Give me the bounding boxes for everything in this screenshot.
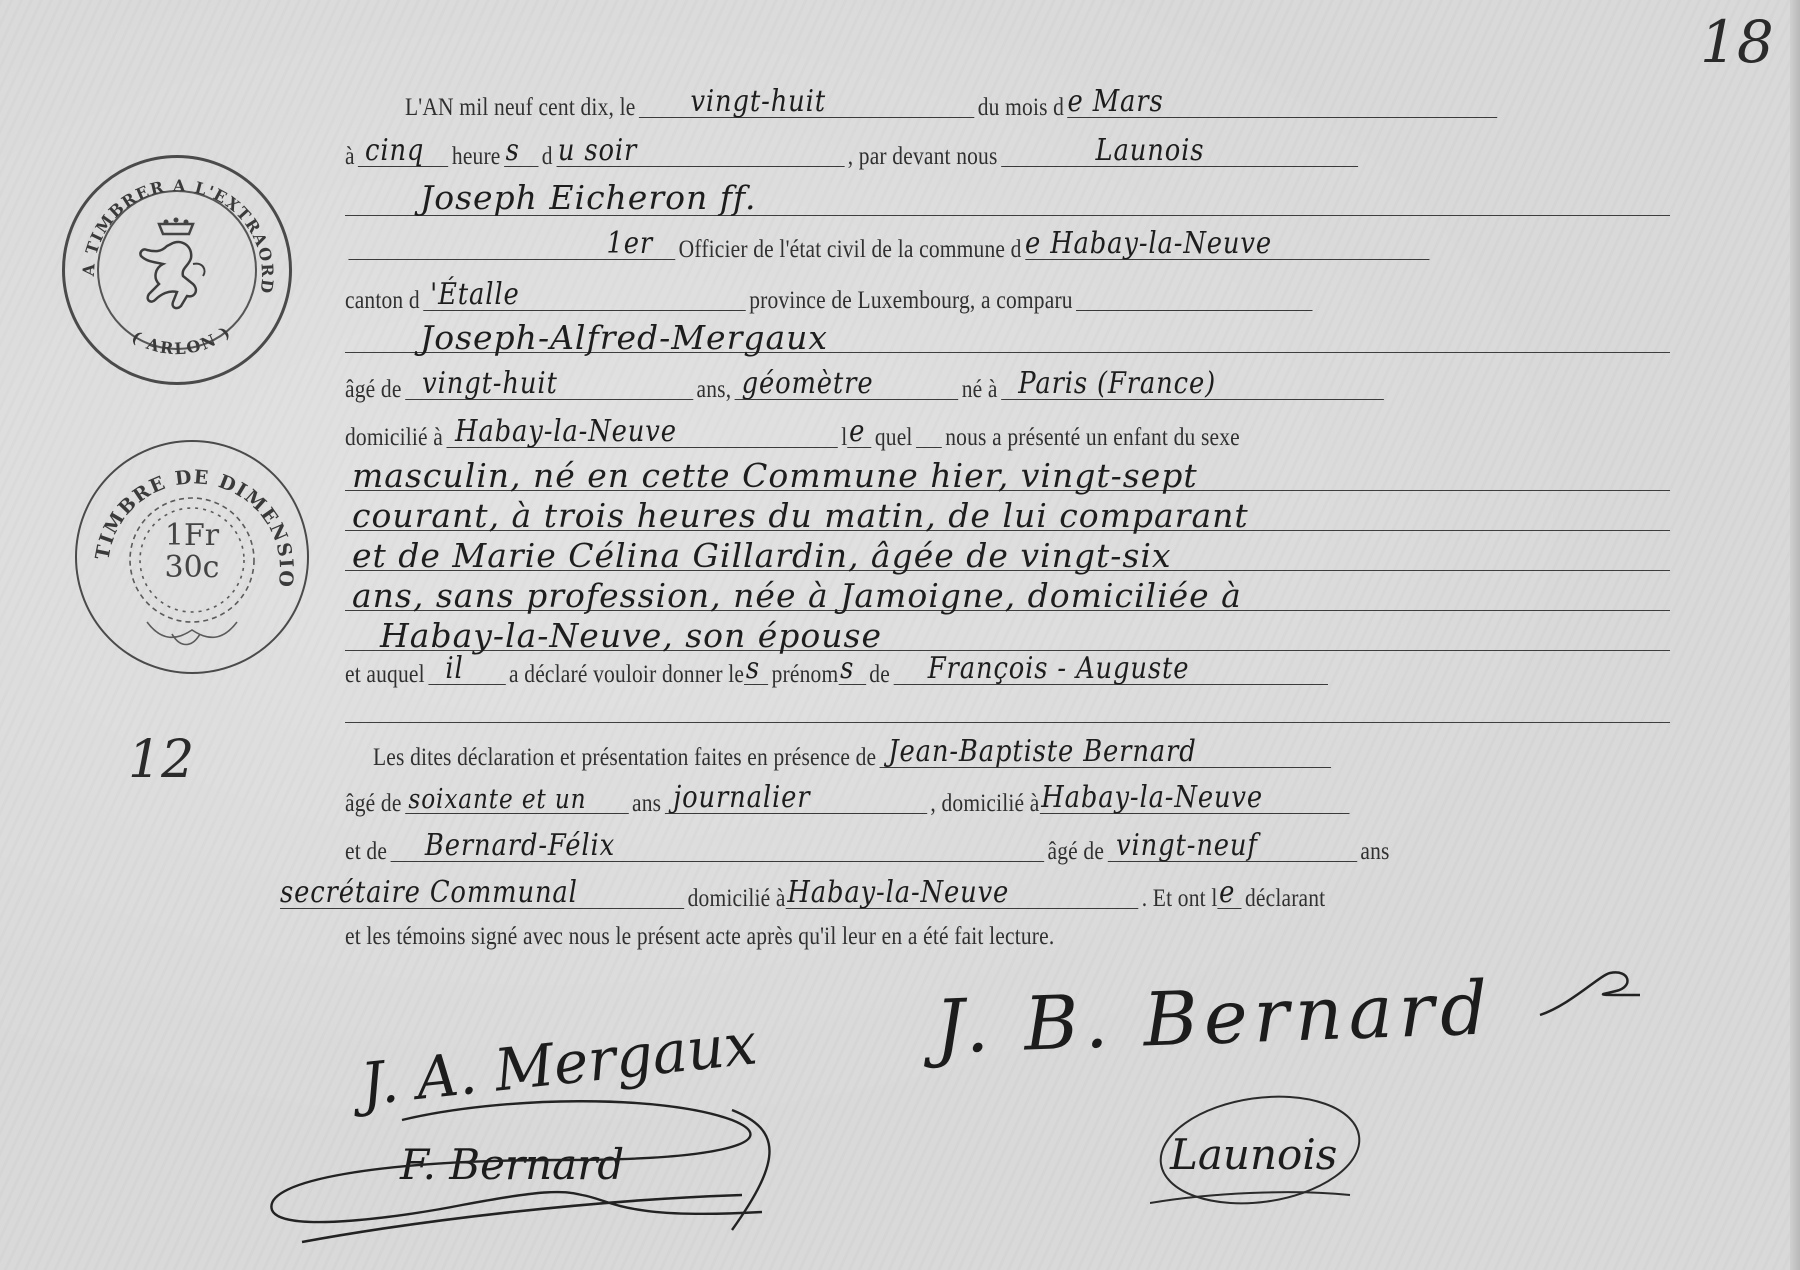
line-14: et auquel il a déclaré vouloir donner le… [345,655,1331,689]
line-1: L'AN mil neuf cent dix, le vingt-huit du… [405,88,1501,122]
field-witness-2-age: vingt-neuf [1108,833,1357,862]
officer-signature-loop [1150,1085,1370,1215]
mother-details-line-1: et de Marie Célina Gillardin, âgée de vi… [352,536,1172,575]
field-witness-1-domicile: Habay-la-Neuve [1040,785,1350,814]
field-declarant-name: Joseph-Alfred-Mergaux [420,318,828,357]
field-officer-continued: Joseph Eicheron ff. [420,178,756,217]
birth-details-line-2: courant, à trois heures du matin, de lui… [352,496,1249,535]
field-witness-2-domicile: Habay-la-Neuve [786,880,1139,909]
stamp-timbre-extraordinaire: A TIMBRER A L'EXTRAORDINAIRE ( ARLON ) [62,155,292,385]
mother-details-line-3: Habay-la-Neuve, son épouse [380,616,882,655]
stamp-timbre-dimension: TIMBRE DE DIMENSION 1Fr 30c [75,440,309,674]
field-witness-1-profession: journalier [665,785,927,814]
line-16: âgé de soixante et un ans journalier , d… [345,784,1353,818]
signature-paraph [262,1090,782,1250]
line-17: et de Bernard-Félix âgé de vingt-neuf an… [345,832,1390,866]
stamp-value: 1Fr 30c [155,520,229,584]
signature-flourish [1530,965,1650,1025]
field-witness-1-name: Jean-Baptiste Bernard [880,739,1331,768]
crowned-lion-icon [131,216,221,316]
svg-text:( ARLON ): ( ARLON ) [128,321,235,358]
birth-details-line-1: masculin, né en cette Commune hier, ving… [352,456,1198,495]
page-edge [1790,0,1800,1270]
line-5: canton d 'Étalle province de Luxembourg,… [345,281,1316,315]
field-child-given-names: François - Auguste [893,656,1327,685]
line-15: Les dites déclaration et présentation fa… [373,738,1335,772]
field-canton: 'Étalle [423,282,746,311]
field-officer: Launois [1001,138,1358,167]
line-7: âgé de vingt-huit ans, géomètre né à Par… [345,370,1387,404]
line-8: domicilié à Habay-la-Neuve l e quel nous… [345,418,1240,452]
field-declarant-profession: géomètre [735,371,959,400]
line-2: à cinq heure s d u soir , par devant nou… [345,137,1361,171]
field-hour: cinq [358,138,448,167]
field-witness-2-name: Bernard-Félix [390,833,1044,862]
printed-text: L'AN mil neuf cent dix, le [405,94,635,122]
field-witness-1-age: soixante et un [405,785,629,814]
mother-details-line-2: ans, sans profession, née à Jamoigne, do… [352,576,1242,615]
field-declarant-domicile: Habay-la-Neuve [446,419,837,448]
field-pronoun: il [428,656,505,685]
field-day: vingt-huit [639,89,974,118]
field-commune: e Habay-la-Neuve [1025,231,1429,260]
line-4: 1er Officier de l'état civil de la commu… [345,230,1433,264]
margin-number: 12 [128,730,194,790]
stamp-bottom-text: ( ARLON ) [128,321,235,358]
field-declarant-birthplace: Paris (France) [1001,371,1384,400]
page-number: 18 [1700,8,1774,76]
line-19: et les témoins signé avec nous le présen… [345,917,1054,951]
line-18: secrétaire Communal domicilié à Habay-la… [280,879,1325,913]
field-period: u soir [556,138,844,167]
field-witness-2-profession: secrétaire Communal [280,880,684,909]
field-month: e Mars [1068,89,1498,118]
field-declarant-age: vingt-huit [405,371,693,400]
